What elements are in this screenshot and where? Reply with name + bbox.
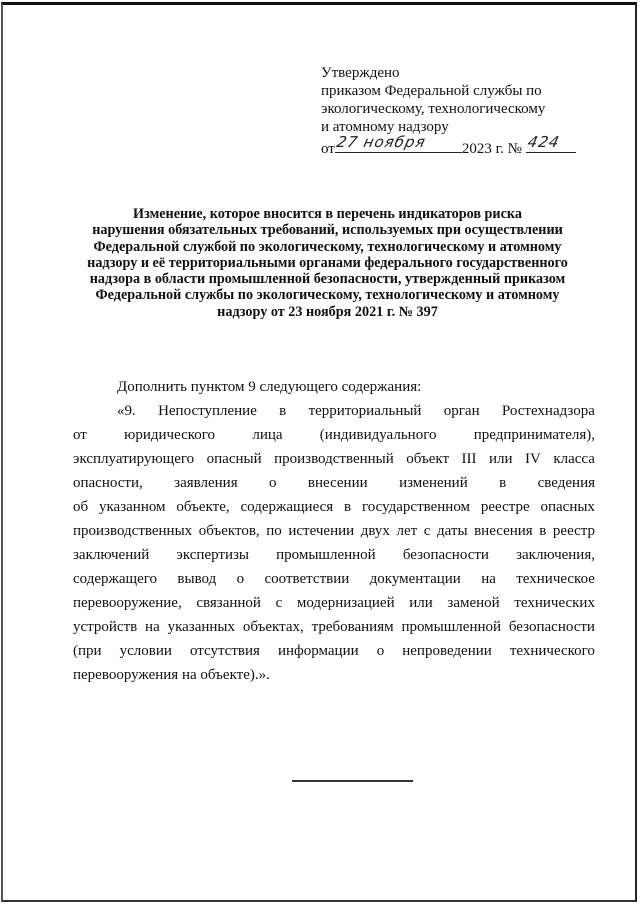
- word: юридического: [124, 423, 215, 447]
- word: внесении: [308, 471, 368, 495]
- word: III: [462, 447, 477, 471]
- word: устройств: [73, 615, 137, 639]
- approval-block: Утверждено приказом Федеральной службы п…: [321, 64, 581, 158]
- word: «9.: [117, 399, 136, 423]
- word: опасный: [207, 447, 262, 471]
- word: об: [73, 495, 88, 519]
- word: истечении: [288, 519, 354, 543]
- word: эксплуатирующего: [73, 447, 194, 471]
- word: территориальный: [309, 399, 422, 423]
- word: вывод: [177, 567, 216, 591]
- word: в: [344, 495, 351, 519]
- word: заключений: [73, 543, 149, 567]
- word: по: [266, 519, 282, 543]
- clause-line: эксплуатирующегоопасныйпроизводственныйо…: [73, 447, 595, 471]
- word: безопасности: [509, 615, 595, 639]
- word: отсутствия: [190, 639, 260, 663]
- word: опасных: [540, 495, 594, 519]
- word: промышленной: [276, 543, 376, 567]
- word: объекте,: [176, 495, 229, 519]
- word: документации: [370, 567, 461, 591]
- title-line: надзору и её территориальными органами ф…: [60, 255, 595, 271]
- approval-line: экологическому, технологическому: [321, 100, 581, 118]
- word: в: [539, 519, 546, 543]
- approval-line: Утверждено: [321, 64, 581, 82]
- title-line: Федеральной службой по экологическому, т…: [60, 239, 595, 255]
- word: содержащиеся: [240, 495, 333, 519]
- clause-line: перевооружения на объекте).».: [73, 663, 595, 687]
- word: IV: [525, 447, 541, 471]
- word: объектах,: [243, 615, 304, 639]
- word: Ростехнадзора: [502, 399, 595, 423]
- approval-date-line: от27 ноября2023 г. №424: [321, 136, 581, 158]
- word: орган: [444, 399, 480, 423]
- word: (при: [73, 639, 102, 663]
- word: с: [424, 519, 431, 543]
- word: условии: [120, 639, 172, 663]
- word: класса: [553, 447, 595, 471]
- clause-line: перевооружение,связаннойсмодернизациейил…: [73, 591, 595, 615]
- year-text: 2023 г. №: [462, 141, 522, 157]
- order-number-field: 424: [526, 136, 576, 153]
- document-body: Дополнить пунктом 9 следующего содержани…: [73, 375, 595, 687]
- word: перевооружения на объекте).».: [73, 663, 270, 687]
- title-line: нарушения обязательных требований, испол…: [60, 222, 595, 238]
- word: о: [269, 471, 277, 495]
- date-prefix: от: [321, 141, 335, 157]
- intro-paragraph: Дополнить пунктом 9 следующего содержани…: [73, 375, 595, 399]
- title-line: надзору от 23 ноября 2021 г. № 397: [60, 304, 595, 320]
- title-line: Федеральной службы по экологическому, те…: [60, 287, 595, 303]
- word: реестре: [481, 495, 530, 519]
- word: в: [279, 399, 286, 423]
- date-field: 27 ноября: [335, 136, 462, 153]
- word: модернизацией: [297, 591, 395, 615]
- document-title: Изменение, которое вносится в перечень и…: [60, 206, 595, 320]
- clause-line: заключенийэкспертизыпромышленнойбезопасн…: [73, 543, 595, 567]
- word: связанной: [196, 591, 261, 615]
- separator-line: [292, 780, 413, 782]
- intro-text: Дополнить пунктом 9 следующего содержани…: [117, 375, 421, 399]
- word: информации: [278, 639, 359, 663]
- word: производственный: [274, 447, 394, 471]
- word: безопасности: [403, 543, 489, 567]
- word: указанном: [99, 495, 166, 519]
- word: объект: [406, 447, 449, 471]
- word: производственных: [73, 519, 192, 543]
- word: в: [499, 471, 506, 495]
- word: реестр: [553, 519, 595, 543]
- clause-9-paragraph: «9.НепоступлениевтерриториальныйорганРос…: [73, 399, 595, 687]
- word: о: [377, 639, 385, 663]
- word: на: [481, 567, 496, 591]
- clause-line: «9.НепоступлениевтерриториальныйорганРос…: [73, 399, 595, 423]
- word: о: [237, 567, 245, 591]
- word: даты: [437, 519, 468, 543]
- approval-line: приказом Федеральной службы по: [321, 82, 581, 100]
- clause-line: производственныхобъектов,поистечениидвух…: [73, 519, 595, 543]
- word: указанных: [168, 615, 235, 639]
- handwritten-number: 424: [526, 133, 561, 151]
- word: непроведении: [402, 639, 492, 663]
- clause-line: (приусловииотсутствияинформациионепровед…: [73, 639, 595, 663]
- word: изменений: [399, 471, 468, 495]
- title-line: Изменение, которое вносится в перечень и…: [60, 206, 595, 222]
- word: требованиям: [312, 615, 394, 639]
- word: заменой: [447, 591, 499, 615]
- word: содержащего: [73, 567, 157, 591]
- word: экспертизы: [176, 543, 249, 567]
- clause-line: устройствнауказанныхобъектах,требованиям…: [73, 615, 595, 639]
- word: Непоступление: [158, 399, 257, 423]
- clause-line: опасности,заявленияовнесенииизмененийвсв…: [73, 471, 595, 495]
- word: или: [409, 591, 433, 615]
- word: техническое: [516, 567, 595, 591]
- clause-line: обуказанномобъекте,содержащиесявгосударс…: [73, 495, 595, 519]
- title-line: надзора в области промышленной безопасно…: [60, 271, 595, 287]
- word: или: [489, 447, 513, 471]
- word: опасности,: [73, 471, 143, 495]
- word: предпринимателя),: [474, 423, 595, 447]
- word: на: [145, 615, 160, 639]
- word: технического: [510, 639, 595, 663]
- word: (индивидуального: [320, 423, 437, 447]
- word: лет: [396, 519, 417, 543]
- word: лица: [252, 423, 282, 447]
- word: перевооружение,: [73, 591, 182, 615]
- clause-line: содержащеговыводосоответствиидокументаци…: [73, 567, 595, 591]
- word: объектов,: [199, 519, 260, 543]
- handwritten-date: 27 ноября: [335, 133, 427, 151]
- word: промышленной: [401, 615, 501, 639]
- word: заявления: [174, 471, 237, 495]
- word: заключения,: [516, 543, 595, 567]
- word: технических: [514, 591, 595, 615]
- word: от: [73, 423, 87, 447]
- word: двух: [361, 519, 390, 543]
- word: сведения: [538, 471, 595, 495]
- word: государственном: [362, 495, 470, 519]
- word: внесения: [474, 519, 533, 543]
- clause-line: отюридическоголица(индивидуальногопредпр…: [73, 423, 595, 447]
- word: с: [276, 591, 283, 615]
- word: соответствии: [265, 567, 350, 591]
